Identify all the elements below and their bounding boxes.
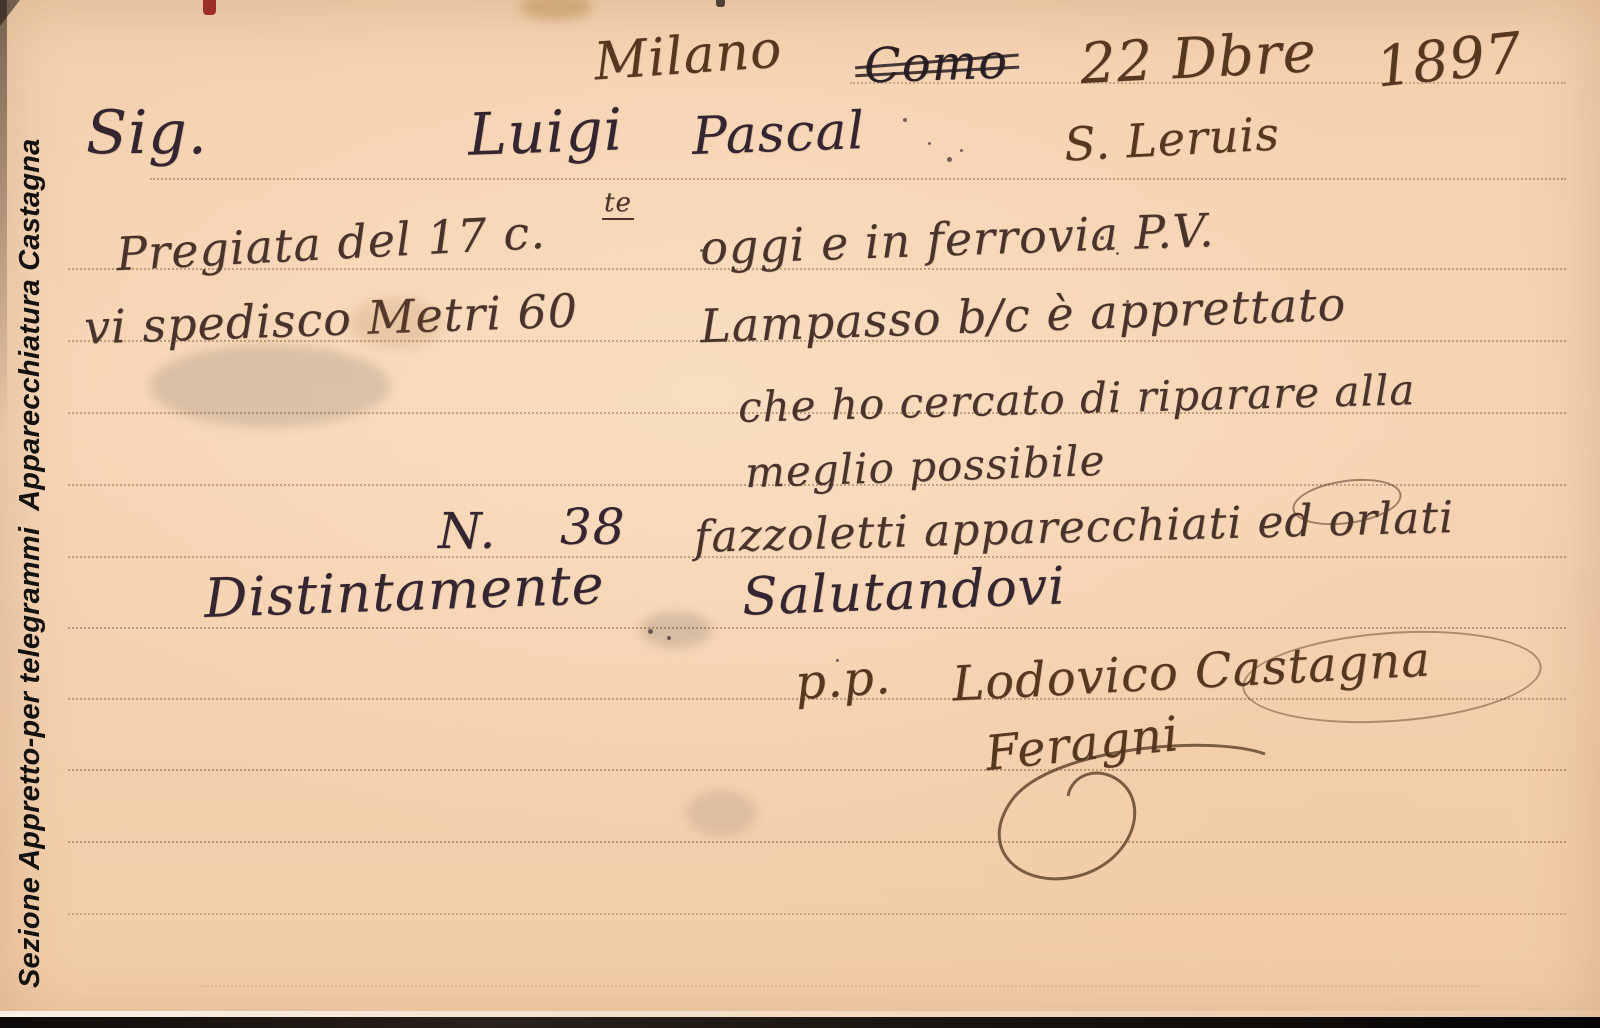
ink-speckle [928,142,931,145]
scan-corner-top-left [0,0,20,26]
ruled-line [68,841,1566,843]
side-label-section: Sezione Appretto-per telegrammi [14,527,46,988]
ruled-line [200,985,1480,987]
ink-speckle [836,659,839,662]
side-label-brand: Apparecchiatura Castagna [14,139,46,511]
addressee-first-name: Luigi [467,95,624,168]
ink-speckle [903,118,907,122]
scan-edge-left [0,0,7,430]
handwritten-date: 22 Dbre [1078,20,1318,97]
closing-word-1: Distintamente [203,553,605,630]
side-label: Sezione Appretto-per telegrammiApparecch… [14,139,47,988]
ink-speckle [947,157,952,162]
ink-speckle [1116,252,1119,255]
closing-word-2: Salutandovi [741,556,1067,627]
red-edge-mark [203,0,216,15]
ink-speckle [667,636,671,640]
body-line3: che ho cercato di riparare alla [737,365,1416,432]
handwritten-place: Milano [592,20,784,93]
body-line1-sup: te [602,188,634,218]
ruled-line [68,769,1566,771]
smudge-stain [350,298,442,348]
ink-speckle [648,629,653,634]
paper-stain [520,0,592,20]
signature-flourish [980,742,1280,892]
addressee-place: S. Leruis [1063,106,1281,171]
ink-speckle [960,149,963,152]
smudge-stain [686,790,756,836]
body-line2-a: vi spedisco Metri 60 [83,283,579,354]
body-line4: meglio possibile [744,436,1106,498]
ink-speckle [1100,236,1104,240]
handwritten-year: 1897 [1373,21,1526,101]
scan-edge-bottom [0,1017,1600,1028]
ink-speckle [1126,300,1129,303]
ink-speckle [700,249,703,252]
signature-pp: p.p. [793,649,893,712]
struck-place-text: Como [863,34,1009,95]
dark-edge-mark [716,0,725,7]
struck-printed-place: Como [863,34,1009,95]
ruled-line [68,913,1566,915]
body-line5-num-label: N. [438,502,496,560]
addressee-last-name: Pascal [691,101,866,167]
ruled-line [150,178,1566,180]
body-line1-b: oggi e in ferrovia P.V. [699,203,1215,275]
ruled-line [68,627,1566,629]
smudge-stain [150,345,390,427]
superscript-te: te [602,188,634,220]
body-line5-qty: 38 [560,498,626,556]
postcard: Sezione Appretto-per telegrammiApparecch… [0,0,1600,1028]
addressee-salutation: Sig. [86,98,208,168]
